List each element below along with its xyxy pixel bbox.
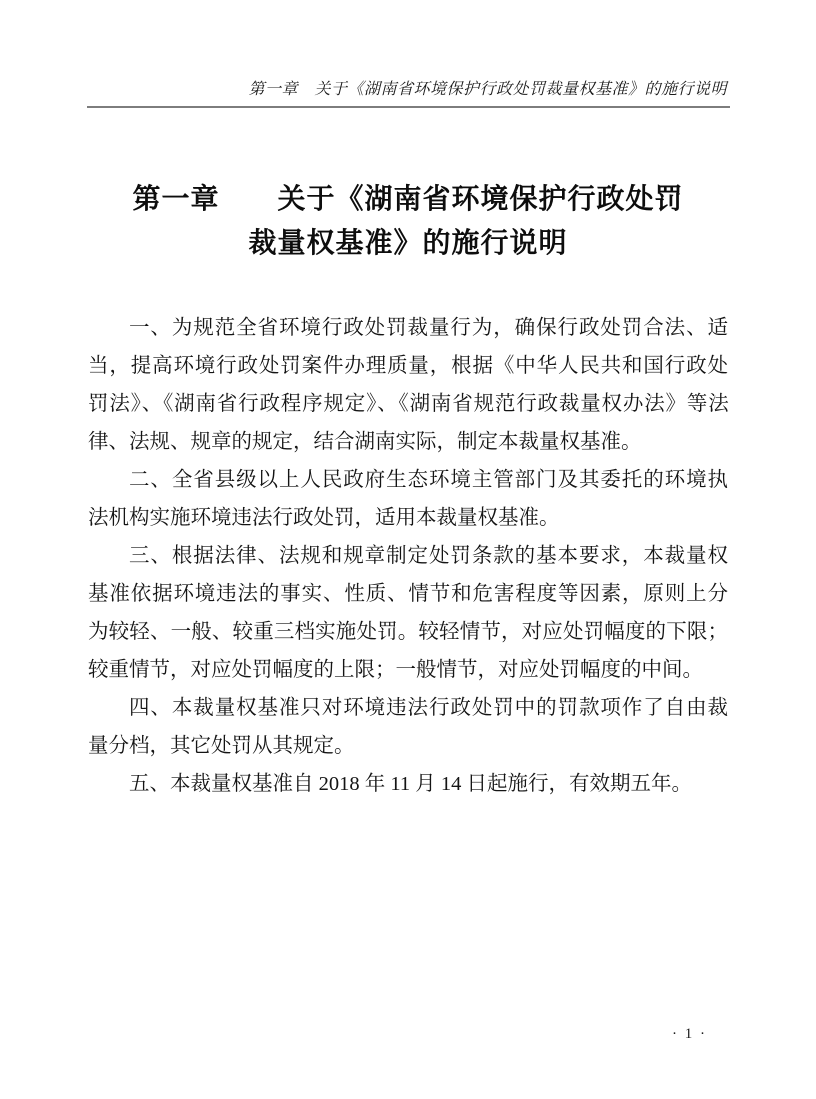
paragraph-5: 五、本裁量权基准自 2018 年 11 月 14 日起施行，有效期五年。 — [88, 765, 728, 803]
body-line: 四、本裁量权基准只对环境违法行政处罚中的罚款项作了自由裁 — [88, 689, 728, 727]
body-line: 二、全省县级以上人民政府生态环境主管部门及其委托的环境执 — [88, 461, 728, 499]
body-line: 为较轻、一般、较重三档实施处罚。较轻情节，对应处罚幅度的下限； — [88, 613, 728, 651]
paragraph-1: 一、为规范全省环境行政处罚裁量行为，确保行政处罚合法、适 当，提高环境行政处罚案… — [88, 309, 728, 461]
title-line-1: 第一章 关于《湖南省环境保护行政处罚 — [88, 178, 728, 222]
body-line: 一、为规范全省环境行政处罚裁量行为，确保行政处罚合法、适 — [88, 309, 728, 347]
paragraph-3: 三、根据法律、法规和规章制定处罚条款的基本要求，本裁量权 基准依据环境违法的事实… — [88, 537, 728, 689]
body-line: 罚法》、《湖南省行政程序规定》、《湖南省规范行政裁量权办法》等法 — [88, 385, 728, 423]
body-line: 三、根据法律、法规和规章制定处罚条款的基本要求，本裁量权 — [88, 537, 728, 575]
body-line: 较重情节，对应处罚幅度的上限；一般情节，对应处罚幅度的中间。 — [88, 651, 728, 689]
document-body: 一、为规范全省环境行政处罚裁量行为，确保行政处罚合法、适 当，提高环境行政处罚案… — [88, 309, 728, 803]
paragraph-2: 二、全省县级以上人民政府生态环境主管部门及其委托的环境执 法机构实施环境违法行政… — [88, 461, 728, 537]
running-header: 第一章 关于《湖南省环境保护行政处罚裁量权基准》的施行说明 — [88, 76, 727, 99]
body-line: 基准依据环境违法的事实、性质、情节和危害程度等因素，原则上分 — [88, 575, 728, 613]
page-number: · 1 · — [672, 1026, 707, 1043]
body-line: 法机构实施环境违法行政处罚，适用本裁量权基准。 — [88, 499, 728, 537]
document-title: 第一章 关于《湖南省环境保护行政处罚 裁量权基准》的施行说明 — [88, 178, 728, 266]
paragraph-4: 四、本裁量权基准只对环境违法行政处罚中的罚款项作了自由裁 量分档，其它处罚从其规… — [88, 689, 728, 765]
document-page: 第一章 关于《湖南省环境保护行政处罚裁量权基准》的施行说明 第一章 关于《湖南省… — [0, 0, 816, 1099]
body-line: 五、本裁量权基准自 2018 年 11 月 14 日起施行，有效期五年。 — [88, 765, 728, 803]
header-rule — [87, 106, 730, 108]
body-line: 量分档，其它处罚从其规定。 — [88, 727, 728, 765]
body-line: 当，提高环境行政处罚案件办理质量，根据《中华人民共和国行政处 — [88, 347, 728, 385]
title-line-2: 裁量权基准》的施行说明 — [88, 222, 728, 266]
body-line: 律、法规、规章的规定，结合湖南实际，制定本裁量权基准。 — [88, 423, 728, 461]
